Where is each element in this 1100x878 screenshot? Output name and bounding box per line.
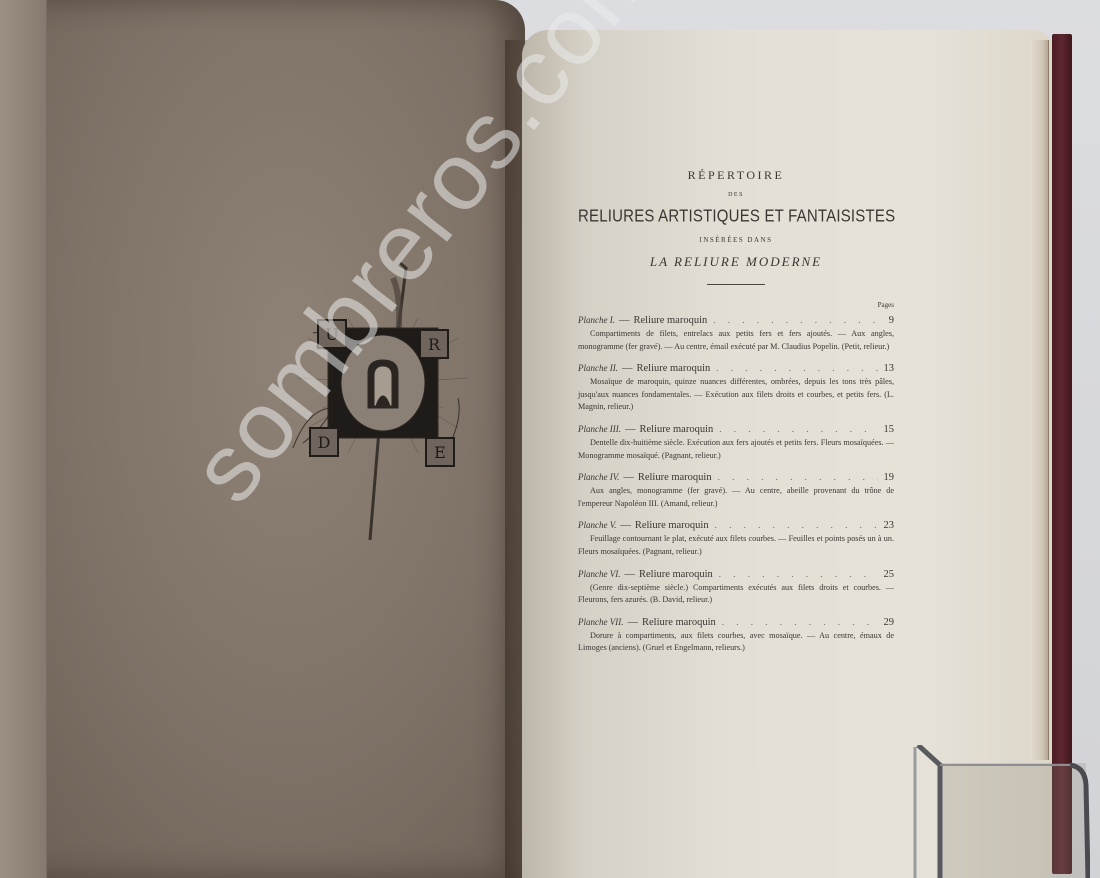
- heading-inserees: INSÉRÉES DANS: [578, 236, 894, 244]
- dot-leader: [722, 617, 878, 627]
- entry-description: (Genre dix-septième siècle.) Compartimen…: [578, 582, 894, 607]
- entry-dash: —: [622, 363, 633, 374]
- heading-des: DES: [578, 192, 894, 198]
- acrylic-book-stand-icon: [910, 745, 1090, 878]
- svg-text:R: R: [428, 335, 441, 354]
- svg-text:E: E: [434, 443, 446, 462]
- toc-entry: Planche III. — Reliure maroquin 15 Dente…: [578, 424, 894, 462]
- entry-planche: Planche II.: [578, 363, 618, 373]
- entry-planche: Planche V.: [578, 520, 616, 530]
- dot-leader: [716, 363, 877, 373]
- entry-title: Reliure maroquin: [636, 363, 710, 374]
- entry-description: Aux angles, monogramme (fer gravé). — Au…: [578, 485, 894, 510]
- dot-leader: [715, 520, 878, 530]
- entry-description: Dentelle dix-huitième siècle. Exécution …: [578, 437, 894, 462]
- toc-entry: Planche V. — Reliure maroquin 23 Feuilla…: [578, 520, 894, 558]
- page-edges: [1030, 40, 1049, 760]
- entry-title: Reliure maroquin: [635, 520, 709, 531]
- toc-entry: Planche VII. — Reliure maroquin 29 Dorur…: [578, 617, 894, 655]
- table-of-contents: RÉPERTOIRE DES RELIURES ARTISTIQUES ET F…: [578, 168, 894, 665]
- toc-entry: Planche II. — Reliure maroquin 13 Mosaïq…: [578, 363, 894, 414]
- dot-leader: [719, 424, 877, 434]
- entry-planche: Planche VII.: [578, 617, 623, 627]
- entry-page: 13: [884, 363, 895, 374]
- entry-title: Reliure maroquin: [639, 424, 713, 435]
- heading-repertoire: RÉPERTOIRE: [578, 168, 894, 183]
- entry-dash: —: [624, 569, 635, 580]
- entry-description: Mosaïque de maroquin, quinze nuances dif…: [578, 376, 894, 414]
- entry-page: 23: [884, 520, 895, 531]
- book-photo: U R D E RÉPERTOIRE DES RELIURES ARTISTIQ…: [0, 0, 1100, 878]
- toc-entry: Planche I. — Reliure maroquin 9 Comparti…: [578, 315, 894, 353]
- entry-planche: Planche IV.: [578, 472, 619, 482]
- entry-dash: —: [620, 520, 631, 531]
- entry-title: Reliure maroquin: [638, 472, 712, 483]
- svg-text:D: D: [318, 433, 331, 452]
- entry-page: 15: [884, 424, 895, 435]
- left-page-fold: [0, 0, 47, 878]
- toc-entry: Planche IV. — Reliure maroquin 19 Aux an…: [578, 472, 894, 510]
- emblem-icon: U R D E: [288, 258, 478, 543]
- entry-planche: Planche III.: [578, 424, 621, 434]
- entry-dash: —: [625, 424, 636, 435]
- entry-dash: —: [619, 315, 630, 326]
- svg-text:U: U: [325, 325, 338, 344]
- divider-rule: [707, 284, 765, 285]
- entry-page: 29: [884, 617, 895, 628]
- entry-page: 25: [884, 569, 895, 580]
- dot-leader: [713, 315, 882, 325]
- heading-reliure-moderne: LA RELIURE MODERNE: [578, 254, 894, 270]
- entry-planche: Planche VI.: [578, 569, 620, 579]
- entry-page: 9: [889, 315, 894, 326]
- entry-title: Reliure maroquin: [633, 315, 707, 326]
- entry-title: Reliure maroquin: [642, 617, 716, 628]
- entry-planche: Planche I.: [578, 315, 615, 325]
- entry-description: Compartiments de filets, entrelacs aux p…: [578, 328, 894, 353]
- dot-leader: [719, 569, 878, 579]
- entry-dash: —: [627, 617, 638, 628]
- toc-entry: Planche VI. — Reliure maroquin 25 (Genre…: [578, 569, 894, 607]
- entry-page: 19: [884, 472, 895, 483]
- heading-reliures: RELIURES ARTISTIQUES ET FANTAISISTES: [578, 207, 894, 227]
- entry-description: Dorure à compartiments, aux filets courb…: [578, 630, 894, 655]
- entry-title: Reliure maroquin: [639, 569, 713, 580]
- entry-description: Feuillage contournant le plat, exécuté a…: [578, 533, 894, 558]
- entry-dash: —: [623, 472, 634, 483]
- pages-column-label: Pages: [578, 301, 894, 309]
- dot-leader: [718, 472, 878, 482]
